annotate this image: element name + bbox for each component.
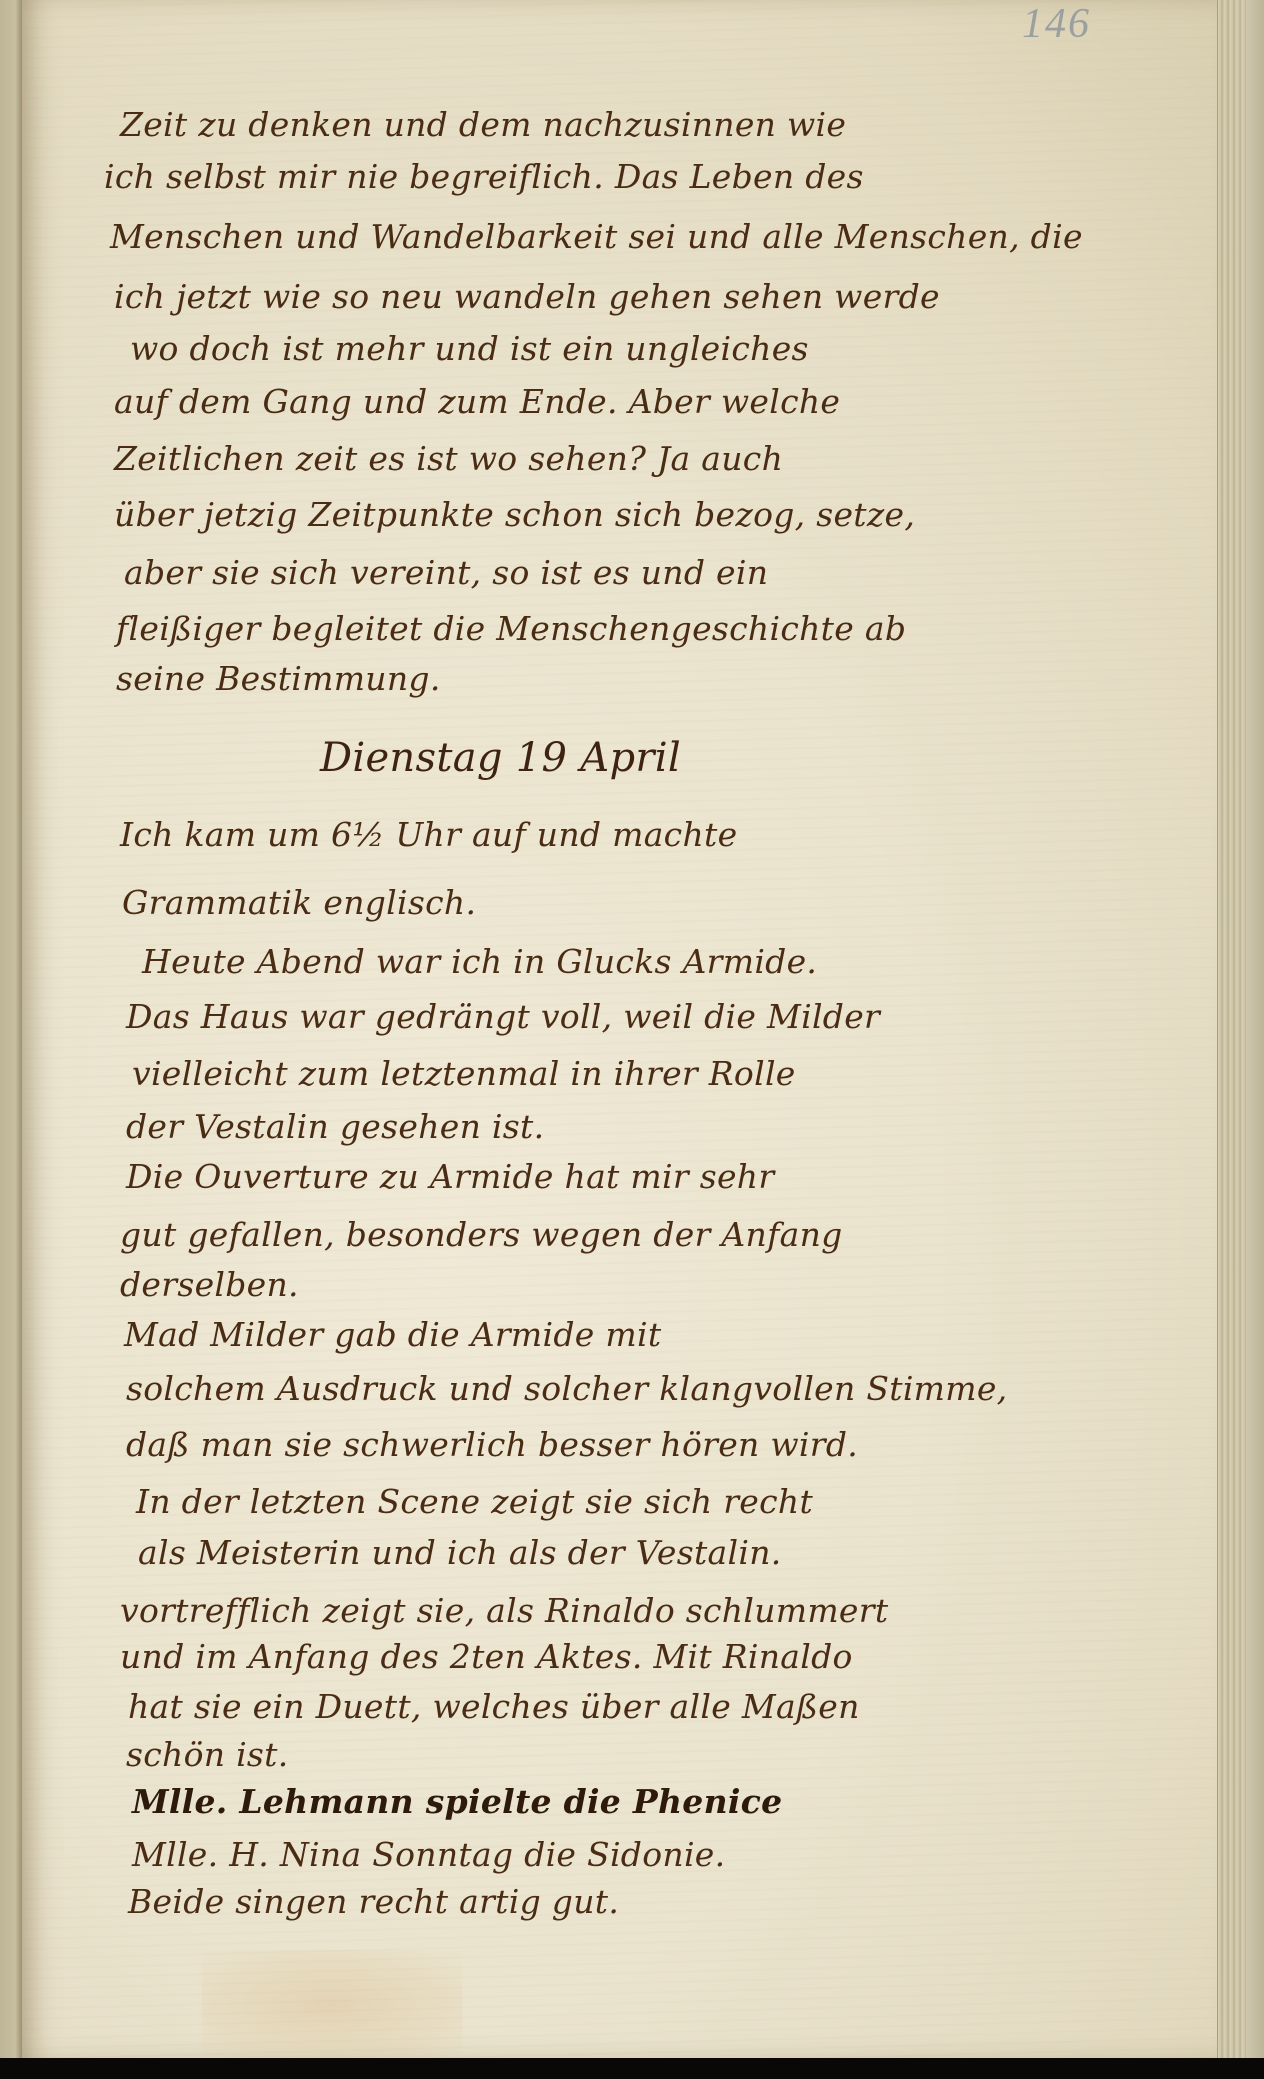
text-line: Menschen und Wandelbarkeit sei und alle … [110,220,1264,253]
text-line: Die Ouverture zu Armide hat mir sehr [126,1160,1264,1193]
adjacent-left-page-edge [0,0,22,2060]
text-line: solchem Ausdruck und solcher klangvollen… [126,1372,1264,1405]
text-line: aber sie sich vereint, so ist es und ein [124,556,1264,589]
text-line: Zeitlichen zeit es ist wo sehen? Ja auch [114,442,1264,475]
text-line: In der letzten Scene zeigt sie sich rech… [136,1485,1264,1518]
scan-background-band [0,2058,1264,2079]
text-line: fleißiger begleitet die Menschengeschich… [116,612,1264,645]
text-line: ich selbst mir nie begreiflich. Das Lebe… [104,160,1264,193]
text-line: seine Bestimmung. [116,662,1264,695]
text-line: Zeit zu denken und dem nachzusinnen wie [120,108,1264,141]
text-line: wo doch ist mehr und ist ein ungleiches [130,332,1264,365]
text-line: hat sie ein Duett, welches über alle Maß… [128,1690,1264,1723]
entry-date-heading: Dienstag 19 April [320,738,1264,778]
text-line: gut gefallen, besonders wegen der Anfang [120,1218,1264,1251]
manuscript-page: 146 Zeit zu denken und dem nachzusinnen … [22,0,1218,2058]
stacked-page-edges [1217,0,1264,2079]
text-line: daß man sie schwerlich besser hören wird… [126,1428,1264,1461]
text-line: Mlle. H. Nina Sonntag die Sidonie. [132,1838,1264,1871]
text-line: und im Anfang des 2ten Aktes. Mit Rinald… [120,1640,1264,1673]
text-line: vielleicht zum letztenmal in ihrer Rolle [132,1057,1264,1090]
text-line: schön ist. [126,1738,1264,1771]
text-line: der Vestalin gesehen ist. [126,1110,1264,1143]
text-line: Mlle. Lehmann spielte die Phenice [132,1785,1264,1818]
folio-number: 146 [1022,0,1091,48]
text-line: ich jetzt wie so neu wandeln gehen sehen… [114,280,1264,313]
text-line: Heute Abend war ich in Glucks Armide. [142,945,1264,978]
foxing-stain [202,1950,462,2060]
text-line: derselben. [120,1268,1264,1301]
text-line: vortrefflich zeigt sie, als Rinaldo schl… [120,1594,1264,1627]
text-line: Das Haus war gedrängt voll, weil die Mil… [126,1000,1264,1033]
text-line: Ich kam um 6½ Uhr auf und machte [120,818,1264,851]
text-line: als Meisterin und ich als der Vestalin. [138,1536,1264,1569]
text-line: auf dem Gang und zum Ende. Aber welche [114,385,1264,418]
text-line: über jetzig Zeitpunkte schon sich bezog,… [114,498,1264,531]
text-line: Grammatik englisch. [122,886,1264,919]
text-line: Beide singen recht artig gut. [128,1885,1264,1918]
text-line: Mad Milder gab die Armide mit [124,1318,1264,1351]
